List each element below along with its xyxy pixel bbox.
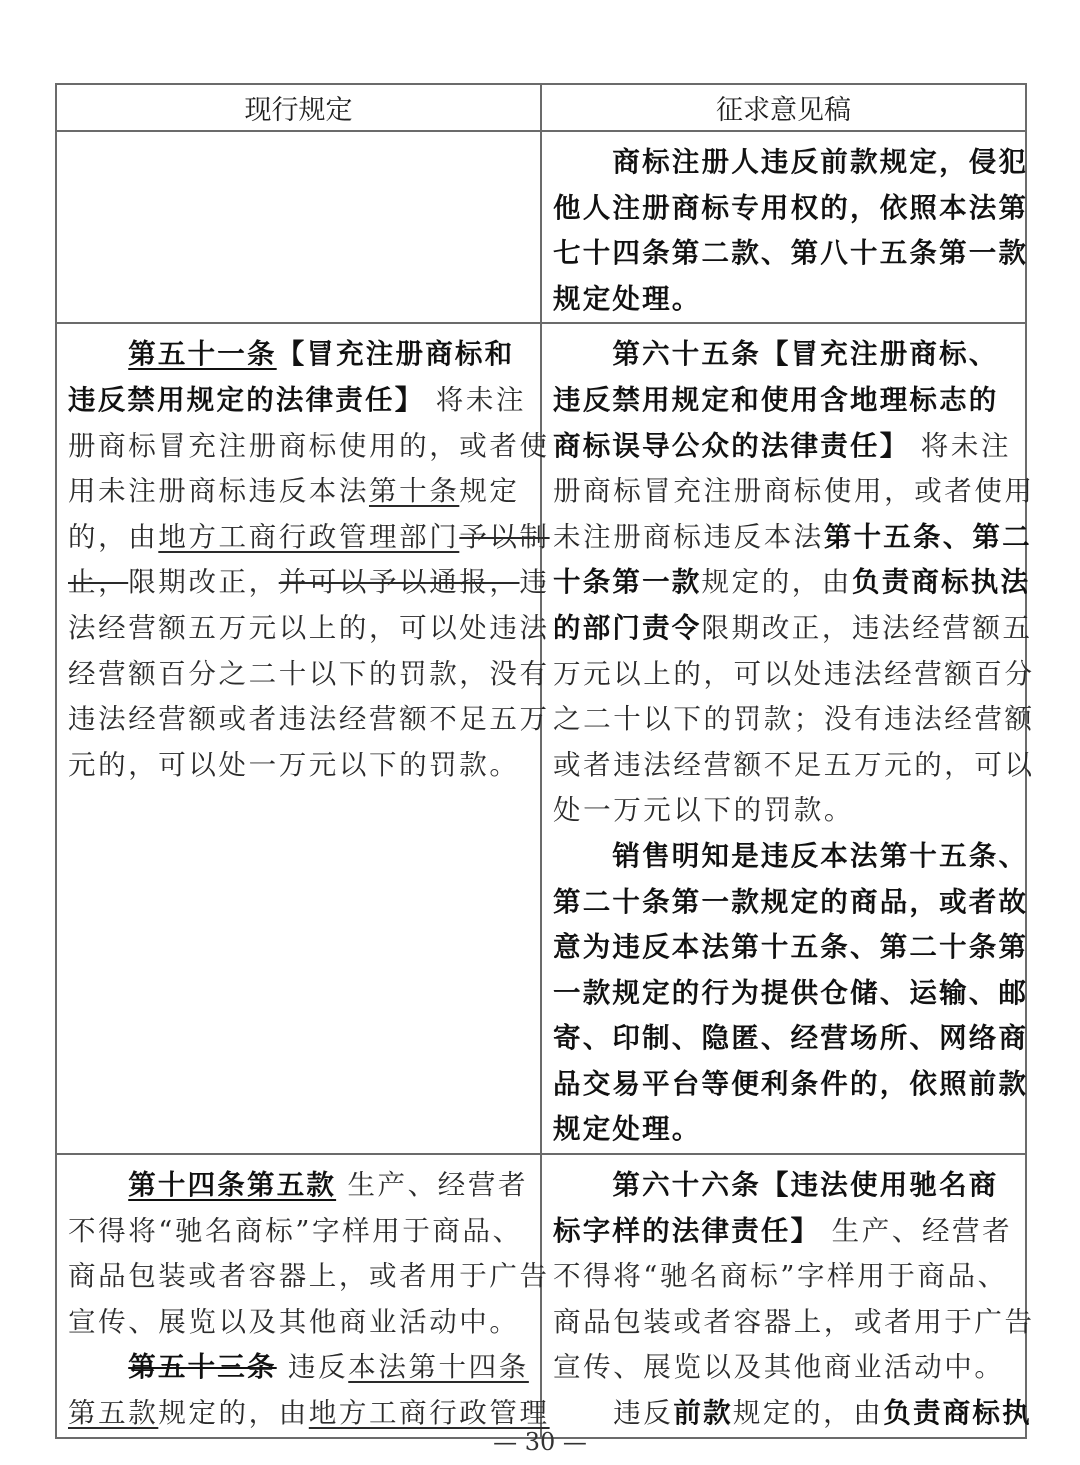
text-line: 经营额百分之二十以下的罚款，没有: [68, 652, 530, 698]
text-segment: 意为违反本法第十五条、第二十条第: [553, 931, 1028, 963]
text-line: 不得将“驰名商标”字样用于商品、: [553, 1254, 1015, 1300]
text-segment: 规定的，由: [733, 1397, 884, 1429]
text-segment: 【冒充注册商标、: [761, 338, 999, 370]
text-segment: 前款: [673, 1397, 732, 1429]
text-segment: 第十五条、第二: [824, 521, 1032, 553]
text-segment: 的部门责令: [553, 612, 702, 644]
deleted-text: 并可以予以通报，: [279, 566, 520, 598]
text-segment: 万元以上的，可以处违法经营额百分: [553, 658, 1035, 690]
table-row: 第五十一条【冒充注册商标和违反禁用规定的法律责任】 将未注册商标冒充注册商标使用…: [56, 323, 1026, 1154]
text-line: 第二十条第一款规定的商品，或者故: [553, 880, 1015, 926]
text-segment: 规定处理。: [553, 1113, 702, 1145]
text-line: 第六十五条【冒充注册商标、: [553, 332, 1015, 378]
text-segment: 商品包装或者容器上，或者用于广告: [553, 1306, 1035, 1338]
text-line: 意为违反本法第十五条、第二十条第: [553, 925, 1015, 971]
text-line: 商品包装或者容器上，或者用于广告: [553, 1300, 1015, 1346]
deleted-text: 止，: [68, 566, 128, 598]
text-segment: 不得将“驰名商标”字样用于商品、: [68, 1215, 523, 1247]
amended-text: 第五款: [68, 1397, 158, 1429]
amended-text: 地方工商行政管理: [309, 1397, 550, 1429]
text-line: 销售明知是违反本法第十五条、: [553, 834, 1015, 880]
draft-rule-cell: 第六十五条【冒充注册商标、违反禁用规定和使用含地理标志的商标误导公众的法律责任】…: [541, 323, 1026, 1154]
draft-rule-cell: 商标注册人违反前款规定，侵犯他人注册商标专用权的，依照本法第七十四条第二款、第八…: [541, 131, 1026, 323]
text-segment: 标字样的法律责任】: [553, 1215, 820, 1247]
text-line: 商标误导公众的法律责任】 将未注: [553, 424, 1015, 470]
table-header-row: 现行规定 征求意见稿: [56, 84, 1026, 131]
text-line: 规定处理。: [553, 277, 1015, 323]
text-segment: 品交易平台等便利条件的，依照前款: [553, 1068, 1028, 1100]
text-line: 处一万元以下的罚款。: [553, 788, 1015, 834]
text-segment: 一款规定的行为提供仓储、运输、邮: [553, 977, 1028, 1009]
text-segment: 违反: [277, 1351, 349, 1383]
text-segment: [68, 338, 128, 370]
text-line: 元的，可以处一万元以下的罚款。: [68, 743, 530, 789]
text-line: 册商标冒充注册商标使用，或者使用: [553, 469, 1015, 515]
text-line: 规定处理。: [553, 1107, 1015, 1153]
text-line: 第十四条第五款 生产、经营者: [68, 1163, 530, 1209]
table-row: 第十四条第五款 生产、经营者不得将“驰名商标”字样用于商品、商品包装或者容器上，…: [56, 1154, 1026, 1438]
text-line: 未注册商标违反本法第十五条、第二: [553, 515, 1015, 561]
text-line: 不得将“驰名商标”字样用于商品、: [68, 1209, 530, 1255]
text-line: 的部门责令限期改正，违法经营额五: [553, 606, 1015, 652]
amended-text: 第十四条第五款: [128, 1169, 336, 1201]
text-segment: 违反禁用规定和使用含地理标志的: [553, 384, 999, 416]
text-segment: 宣传、展览以及其他商业活动中。: [68, 1306, 520, 1338]
amended-text: 本法第十四条: [348, 1351, 529, 1383]
text-line: 宣传、展览以及其他商业活动中。: [68, 1300, 530, 1346]
text-line: 违反禁用规定的法律责任】 将未注: [68, 378, 530, 424]
text-line: 第五十一条【冒充注册商标和: [68, 332, 530, 378]
current-rule-cell: [56, 131, 541, 323]
table-row: 商标注册人违反前款规定，侵犯他人注册商标专用权的，依照本法第七十四条第二款、第八…: [56, 131, 1026, 323]
text-segment: 限期改正，违法经营额五: [702, 612, 1033, 644]
text-segment: 他人注册商标专用权的，依照本法第: [553, 192, 1028, 224]
text-segment: 负责商标执: [883, 1397, 1032, 1429]
text-line: 违反禁用规定和使用含地理标志的: [553, 378, 1015, 424]
text-line: 七十四条第二款、第八十五条第一款: [553, 231, 1015, 277]
text-segment: 商品包装或者容器上，或者用于广告: [68, 1260, 550, 1292]
text-line: 标字样的法律责任】 生产、经营者: [553, 1209, 1015, 1255]
text-line: 商标注册人违反前款规定，侵犯: [553, 140, 1015, 186]
text-segment: 销售明知是违反本法第十五条、: [553, 840, 1028, 872]
text-line: 第六十六条【违法使用驰名商: [553, 1163, 1015, 1209]
text-line: 十条第一款规定的，由负责商标执法: [553, 560, 1015, 606]
draft-rule-cell: 第六十六条【违法使用驰名商标字样的法律责任】 生产、经营者不得将“驰名商标”字样…: [541, 1154, 1026, 1438]
text-line: 或者违法经营额不足五万元的，可以: [553, 743, 1015, 789]
text-segment: 不得将“驰名商标”字样用于商品、: [553, 1260, 1008, 1292]
comparison-table: 现行规定 征求意见稿 商标注册人违反前款规定，侵犯他人注册商标专用权的，依照本法…: [55, 83, 1027, 1439]
text-line: 宣传、展览以及其他商业活动中。: [553, 1345, 1015, 1391]
text-segment: 违反禁用规定的法律责任】: [68, 384, 424, 416]
amended-text: 第十条: [369, 475, 459, 507]
text-line: 之二十以下的罚款；没有违法经营额: [553, 697, 1015, 743]
text-segment: 元的，可以处一万元以下的罚款。: [68, 749, 520, 781]
text-segment: 规定: [459, 475, 519, 507]
text-segment: 七十四条第二款、第八十五条第一款: [553, 237, 1028, 269]
text-segment: 生产、经营者: [336, 1169, 528, 1201]
text-segment: 违: [520, 566, 550, 598]
text-line: 一款规定的行为提供仓储、运输、邮: [553, 971, 1015, 1017]
amended-text: 地方工商行政管理部门: [158, 521, 459, 553]
text-segment: 经营额百分之二十以下的罚款，没有: [68, 658, 550, 690]
text-segment: 限期改正，: [128, 566, 279, 598]
text-segment: 【违法使用驰名商: [761, 1169, 999, 1201]
text-segment: 之二十以下的罚款；没有违法经营额: [553, 703, 1035, 735]
text-line: 册商标冒充注册商标使用的，或者使: [68, 424, 530, 470]
text-segment: 册商标冒充注册商标使用，或者使用: [553, 475, 1035, 507]
text-segment: 生产、经营者: [820, 1215, 1012, 1247]
text-segment: 处一万元以下的罚款。: [553, 794, 854, 826]
text-segment: 法经营额五万元以上的，可以处违法: [68, 612, 550, 644]
text-line: 法经营额五万元以上的，可以处违法: [68, 606, 530, 652]
header-draft-for-comment: 征求意见稿: [541, 84, 1026, 131]
text-line: 万元以上的，可以处违法经营额百分: [553, 652, 1015, 698]
deleted-text: 第五十三条: [128, 1351, 277, 1383]
text-segment: [68, 1169, 128, 1201]
text-line: 商品包装或者容器上，或者用于广告: [68, 1254, 530, 1300]
text-segment: 第六十五条: [553, 338, 761, 370]
text-line: 的，由地方工商行政管理部门予以制: [68, 515, 530, 561]
text-segment: 将未注: [909, 430, 1011, 462]
text-segment: 的，由: [68, 521, 158, 553]
text-segment: 第六十六条: [553, 1169, 761, 1201]
text-line: 第五十三条 违反本法第十四条: [68, 1345, 530, 1391]
current-rule-cell: 第十四条第五款 生产、经营者不得将“驰名商标”字样用于商品、商品包装或者容器上，…: [56, 1154, 541, 1438]
current-rule-cell: 第五十一条【冒充注册商标和违反禁用规定的法律责任】 将未注册商标冒充注册商标使用…: [56, 323, 541, 1154]
text-segment: 寄、印制、隐匿、经营场所、网络商: [553, 1022, 1028, 1054]
text-line: 品交易平台等便利条件的，依照前款: [553, 1062, 1015, 1108]
text-segment: 将未注: [424, 384, 526, 416]
document-page: 现行规定 征求意见稿 商标注册人违反前款规定，侵犯他人注册商标专用权的，依照本法…: [0, 0, 1080, 1465]
text-segment: 十条第一款: [553, 566, 702, 598]
header-current-rules: 现行规定: [56, 84, 541, 131]
text-segment: 规定的，由: [158, 1397, 309, 1429]
text-segment: 宣传、展览以及其他商业活动中。: [553, 1351, 1005, 1383]
text-line: 寄、印制、隐匿、经营场所、网络商: [553, 1016, 1015, 1062]
text-segment: 规定的，由: [702, 566, 853, 598]
deleted-text: 予以制: [459, 521, 549, 553]
text-line: 违法经营额或者违法经营额不足五万: [68, 697, 530, 743]
text-segment: 用未注册商标违反本法: [68, 475, 369, 507]
amended-text: 第五十一条: [128, 338, 277, 370]
text-segment: 负责商标执法: [852, 566, 1030, 598]
text-segment: 规定处理。: [553, 283, 702, 315]
text-line: 他人注册商标专用权的，依照本法第: [553, 186, 1015, 232]
text-line: 用未注册商标违反本法第十条规定: [68, 469, 530, 515]
text-segment: 违法经营额或者违法经营额不足五万: [68, 703, 550, 735]
text-segment: 册商标冒充注册商标使用的，或者使: [68, 430, 550, 462]
page-number: — 30 —: [0, 1428, 1080, 1456]
text-segment: 违反: [553, 1397, 673, 1429]
text-segment: 商标误导公众的法律责任】: [553, 430, 909, 462]
text-line: 止，限期改正，并可以予以通报，违: [68, 560, 530, 606]
text-segment: 第二十条第一款规定的商品，或者故: [553, 886, 1028, 918]
text-segment: 或者违法经营额不足五万元的，可以: [553, 749, 1035, 781]
text-segment: [68, 1351, 128, 1383]
text-segment: 【冒充注册商标和: [277, 338, 515, 370]
text-segment: 未注册商标违反本法: [553, 521, 824, 553]
text-segment: 商标注册人违反前款规定，侵犯: [553, 146, 1028, 178]
